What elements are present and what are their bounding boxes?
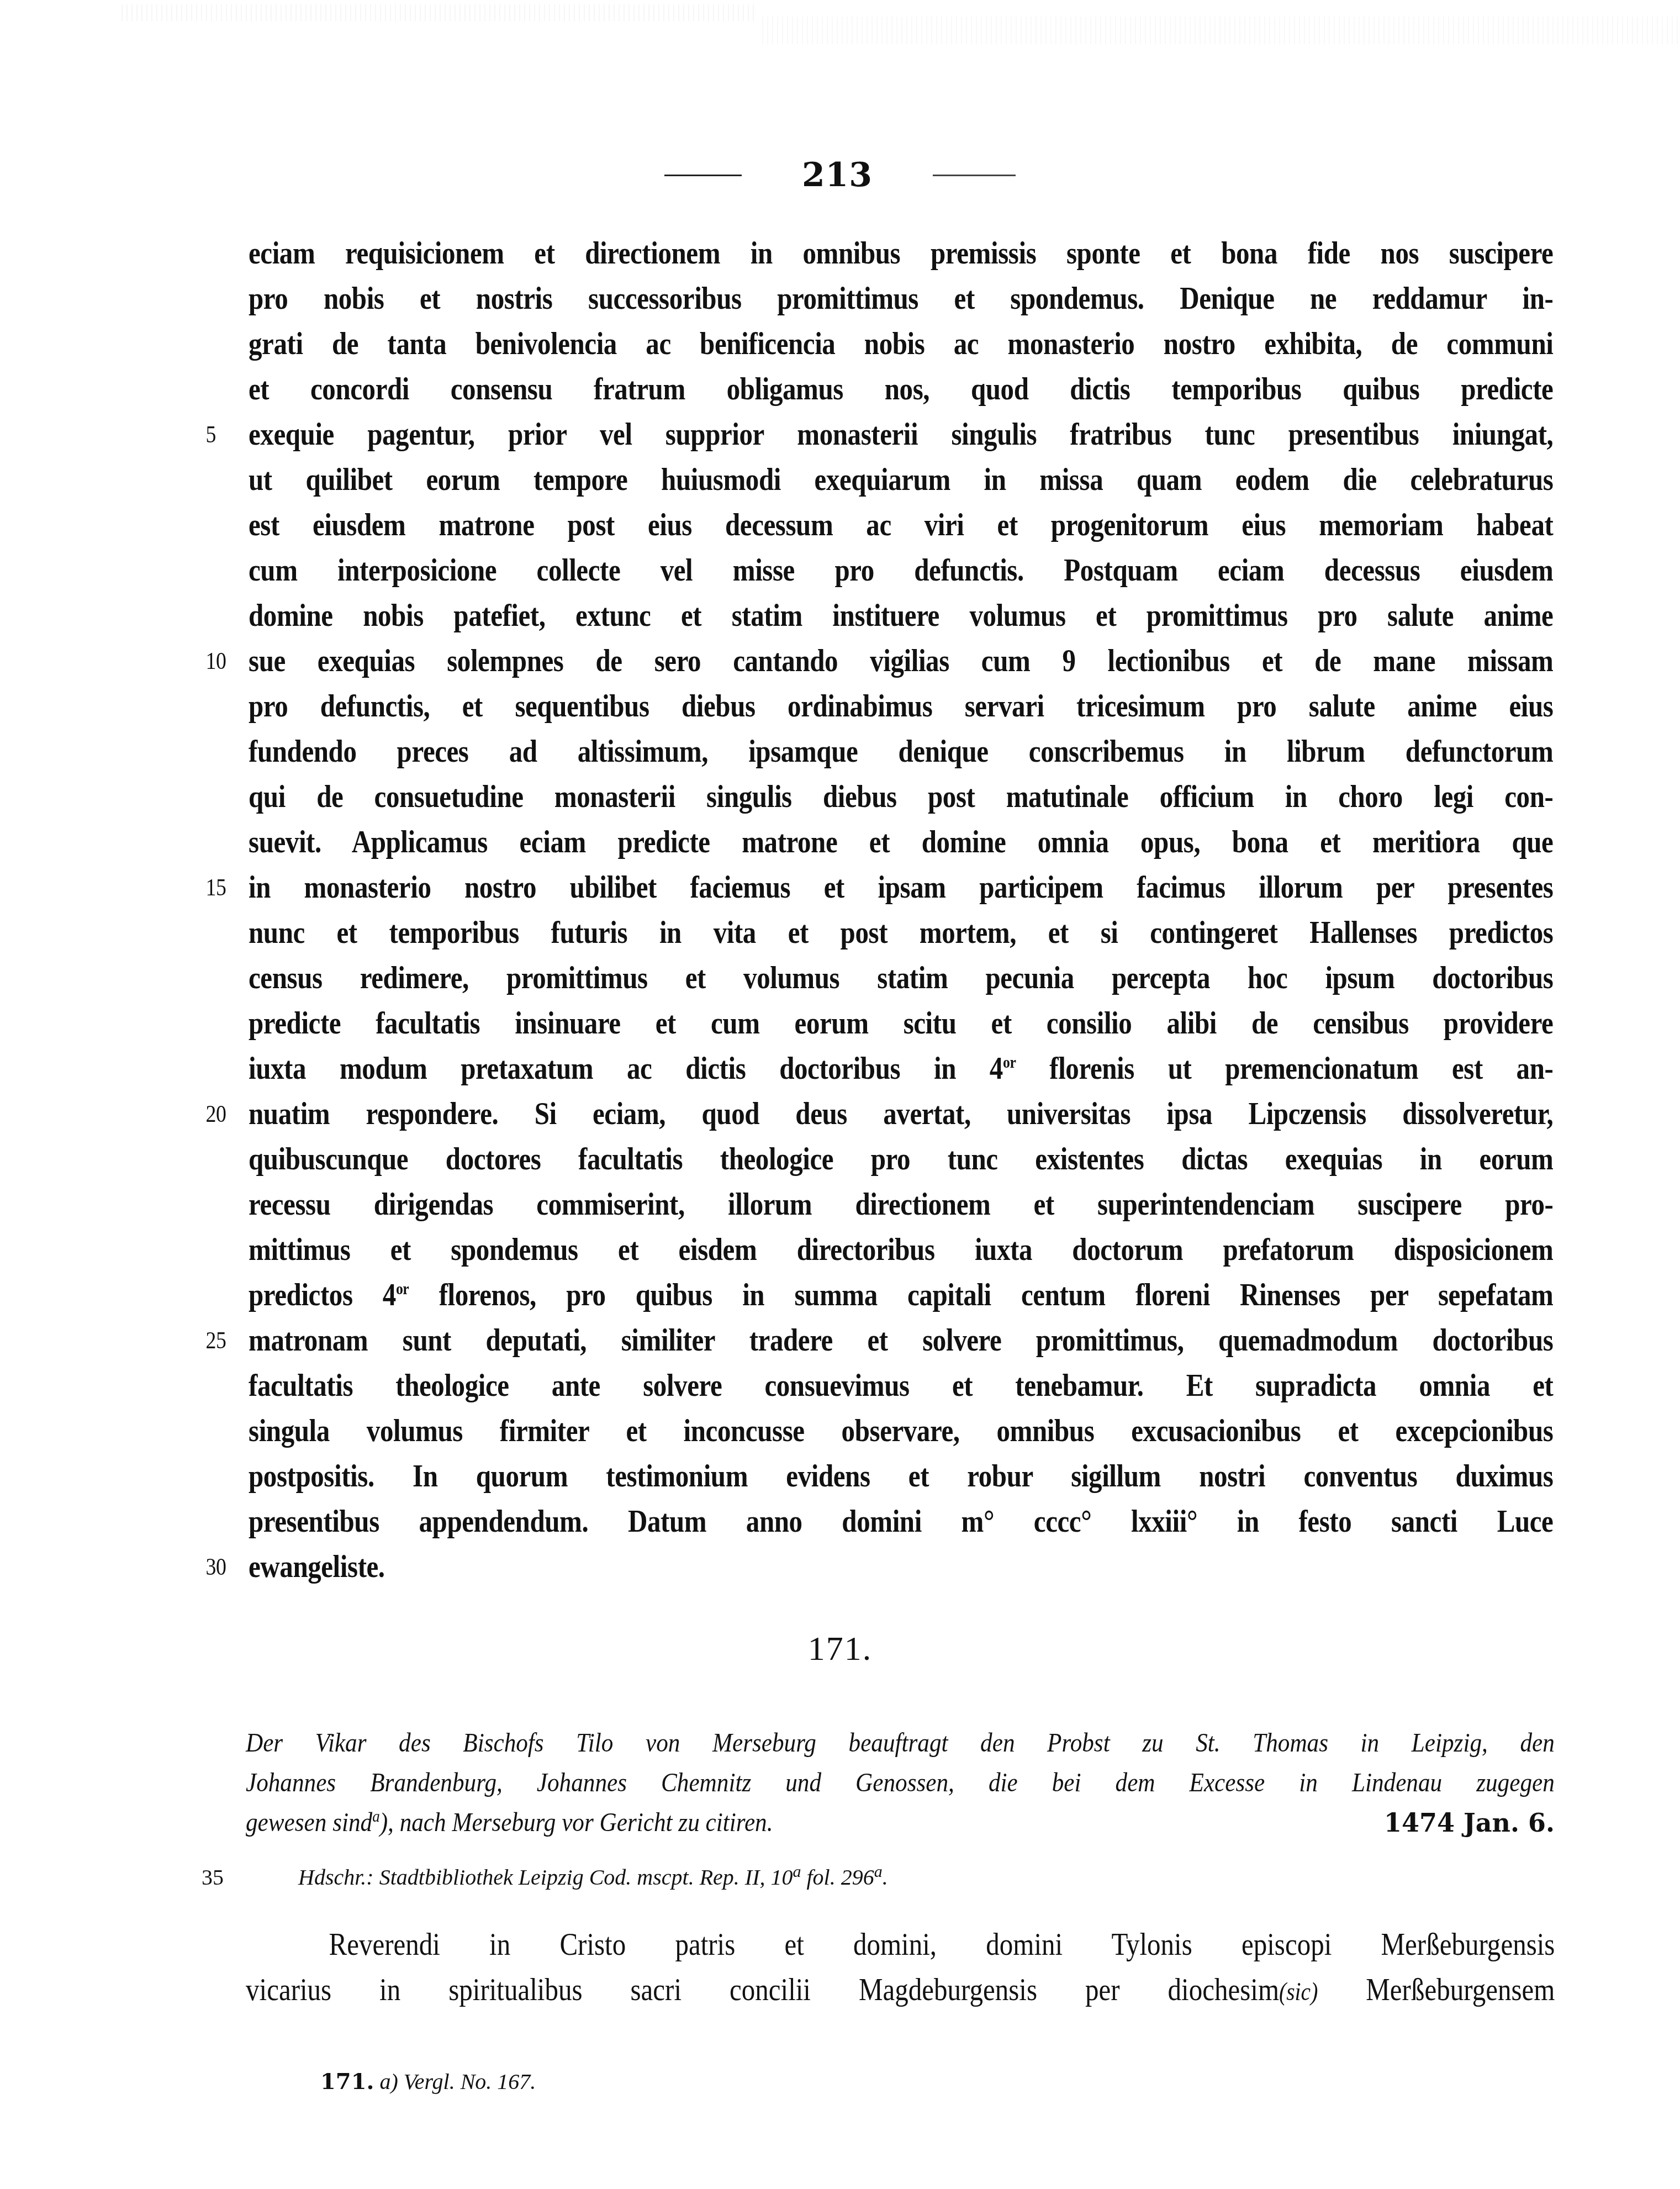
- text-line: postpositis. In quorum testimonium evide…: [249, 1454, 1553, 1499]
- body-text: eciam requisicionem et directionem in om…: [249, 231, 1553, 1590]
- text-line: fundendo preces ad altissimum, ipsamque …: [249, 729, 1553, 774]
- line-text: ut quilibet eorum tempore huiusmodi exeq…: [249, 462, 1553, 497]
- text-line: domine nobis patefiet, extunc et statim …: [249, 593, 1553, 639]
- scan-artifact-top-right: [762, 17, 1680, 44]
- line-text: postpositis. In quorum testimonium evide…: [249, 1459, 1553, 1494]
- regest-text: gewesen sind: [246, 1808, 372, 1837]
- text-line: eciam requisicionem et directionem in om…: [249, 231, 1553, 276]
- text-line: pro defunctis, et sequentibus diebus ord…: [249, 684, 1553, 729]
- line-text: cum interposicione collecte vel misse pr…: [249, 553, 1553, 588]
- text-line: census redimere, promittimus et volumus …: [249, 956, 1553, 1001]
- line-text: fundendo preces ad altissimum, ipsamque …: [249, 734, 1553, 769]
- line-number: 35: [202, 1864, 224, 1890]
- regest: Der Vikar des Bischofs Tilo von Mersebur…: [246, 1723, 1555, 1843]
- line-number: 25: [206, 1318, 239, 1363]
- text-line: pro nobis et nostris successoribus promi…: [249, 276, 1553, 321]
- letter-text-part: vicarius in spiritualibus sacri concilii…: [246, 1972, 1279, 2007]
- line-text: quibuscunque doctores facultatis theolog…: [249, 1142, 1553, 1177]
- regest-date: 1474 Jan. 6.: [1384, 1803, 1555, 1843]
- header-rule-left: [664, 175, 742, 176]
- line-text: iuxta modum pretaxatum ac dictis doctori…: [249, 1051, 1003, 1086]
- text-line: singula volumus firmiter et inconcusse o…: [249, 1409, 1553, 1454]
- source-text: Hdschr.: Stadtbibliothek Leipzig Cod. ms…: [298, 1864, 888, 1890]
- header-rule-right: [933, 175, 1016, 176]
- source-sup: a: [874, 1863, 883, 1881]
- line-text: recessu dirigendas commiserint, illorum …: [249, 1187, 1553, 1222]
- line-text: domine nobis patefiet, extunc et statim …: [249, 598, 1553, 633]
- line-text: predictos 4: [249, 1278, 396, 1312]
- regest-line: Der Vikar des Bischofs Tilo von Mersebur…: [246, 1723, 1555, 1763]
- line-number: 5: [206, 412, 239, 457]
- regest-line: gewesen sinda), nach Merseburg vor Geric…: [246, 1803, 1555, 1843]
- text-line: 10sue exequias solempnes de sero cantand…: [249, 639, 1553, 684]
- line-text: pro nobis et nostris successoribus promi…: [249, 281, 1553, 316]
- letter-line: Reverendi in Cristo patris et domini, do…: [246, 1922, 1555, 1968]
- line-text: est eiusdem matrone post eius decessum a…: [249, 508, 1553, 542]
- letter-text-part: Merßeburgensem: [1318, 1972, 1555, 2007]
- line-text: presentibus appendendum. Datum anno domi…: [249, 1504, 1553, 1539]
- footnote: 171. a) Vergl. No. 167.: [320, 2069, 536, 2095]
- line-text: suevit. Applicamus eciam predicte matron…: [249, 825, 1553, 859]
- line-text: singula volumus firmiter et inconcusse o…: [249, 1413, 1553, 1448]
- text-line: et concordi consensu fratrum obligamus n…: [249, 367, 1553, 412]
- text-line: 5exequie pagentur, prior vel supprior mo…: [249, 412, 1553, 457]
- line-text: grati de tanta benivolencia ac benificen…: [249, 326, 1553, 361]
- text-line: recessu dirigendas commiserint, illorum …: [249, 1182, 1553, 1227]
- text-line: 20nuatim respondere. Si eciam, quod deus…: [249, 1091, 1553, 1137]
- regest-line: Johannes Brandenburg, Johannes Chemnitz …: [246, 1763, 1555, 1803]
- text-line: facultatis theologice ante solvere consu…: [249, 1363, 1553, 1409]
- text-line: suevit. Applicamus eciam predicte matron…: [249, 820, 1553, 865]
- line-text: predicte facultatis insinuare et cum eor…: [249, 1006, 1553, 1041]
- line-text: in monasterio nostro ubilibet faciemus e…: [249, 870, 1553, 905]
- source-line: 35 Hdschr.: Stadtbibliothek Leipzig Cod.…: [202, 1864, 1527, 1897]
- line-text: florenis ut premencionatum est an-: [1016, 1051, 1553, 1086]
- text-line: predicte facultatis insinuare et cum eor…: [249, 1001, 1553, 1046]
- letter-line: vicarius in spiritualibus sacri concilii…: [246, 1968, 1555, 2013]
- line-text: pro defunctis, et sequentibus diebus ord…: [249, 689, 1553, 724]
- source-text-part: Hdschr.: Stadtbibliothek Leipzig Cod. ms…: [298, 1865, 793, 1890]
- line-number: 15: [206, 865, 239, 910]
- text-line: cum interposicione collecte vel misse pr…: [249, 548, 1553, 593]
- letter-text: Reverendi in Cristo patris et domini, do…: [246, 1922, 1555, 2013]
- scan-artifact-top-left: [121, 4, 757, 21]
- text-line: iuxta modum pretaxatum ac dictis doctori…: [249, 1046, 1553, 1091]
- text-line: nunc et temporibus futuris in vita et po…: [249, 910, 1553, 956]
- line-text: nunc et temporibus futuris in vita et po…: [249, 915, 1553, 950]
- text-line: 15in monasterio nostro ubilibet faciemus…: [249, 865, 1553, 910]
- page-header: 213: [0, 156, 1680, 200]
- text-line: grati de tanta benivolencia ac benificen…: [249, 321, 1553, 367]
- page-number: 213: [802, 156, 873, 194]
- regest-text: ), nach Merseburg vor Gericht zu citiren…: [380, 1808, 773, 1837]
- document-number: 171.: [0, 1629, 1680, 1669]
- line-text: mittimus et spondemus et eisdem director…: [249, 1232, 1553, 1267]
- line-text: exequie pagentur, prior vel supprior mon…: [249, 417, 1553, 452]
- superscript: or: [396, 1280, 409, 1298]
- text-line: 25matronam sunt deputati, similiter trad…: [249, 1318, 1553, 1363]
- footnote-text: a) Vergl. No. 167.: [379, 2069, 536, 2094]
- line-text: census redimere, promittimus et volumus …: [249, 961, 1553, 995]
- line-text: sue exequias solempnes de sero cantando …: [249, 643, 1553, 678]
- line-number: 10: [206, 639, 239, 684]
- line-number: 20: [206, 1091, 239, 1137]
- line-text: florenos, pro quibus in summa capitali c…: [409, 1278, 1553, 1312]
- source-text-part: fol. 296: [801, 1865, 874, 1890]
- text-line: 30ewangeliste.: [249, 1544, 1553, 1590]
- line-text: nuatim respondere. Si eciam, quod deus a…: [249, 1096, 1553, 1131]
- line-text: ewangeliste.: [249, 1549, 385, 1584]
- text-line: ut quilibet eorum tempore huiusmodi exeq…: [249, 457, 1553, 503]
- text-line: predictos 4or florenos, pro quibus in su…: [249, 1273, 1553, 1318]
- source-sup: a: [793, 1863, 801, 1881]
- footnote-number: 171.: [320, 2069, 374, 2095]
- text-line: mittimus et spondemus et eisdem director…: [249, 1227, 1553, 1273]
- source-text-part: .: [883, 1865, 888, 1890]
- text-line: presentibus appendendum. Datum anno domi…: [249, 1499, 1553, 1544]
- superscript: or: [1003, 1053, 1016, 1072]
- sic-marker: (sic): [1279, 1977, 1318, 2006]
- line-number: 30: [206, 1544, 239, 1590]
- text-line: est eiusdem matrone post eius decessum a…: [249, 503, 1553, 548]
- line-text: eciam requisicionem et directionem in om…: [249, 236, 1553, 271]
- text-line: quibuscunque doctores facultatis theolog…: [249, 1137, 1553, 1182]
- line-text: qui de consuetudine monasterii singulis …: [249, 779, 1553, 814]
- line-text: facultatis theologice ante solvere consu…: [249, 1368, 1553, 1403]
- line-text: et concordi consensu fratrum obligamus n…: [249, 372, 1553, 407]
- line-text: matronam sunt deputati, similiter trader…: [249, 1323, 1553, 1358]
- footnote-marker: a: [372, 1807, 380, 1826]
- text-line: qui de consuetudine monasterii singulis …: [249, 774, 1553, 820]
